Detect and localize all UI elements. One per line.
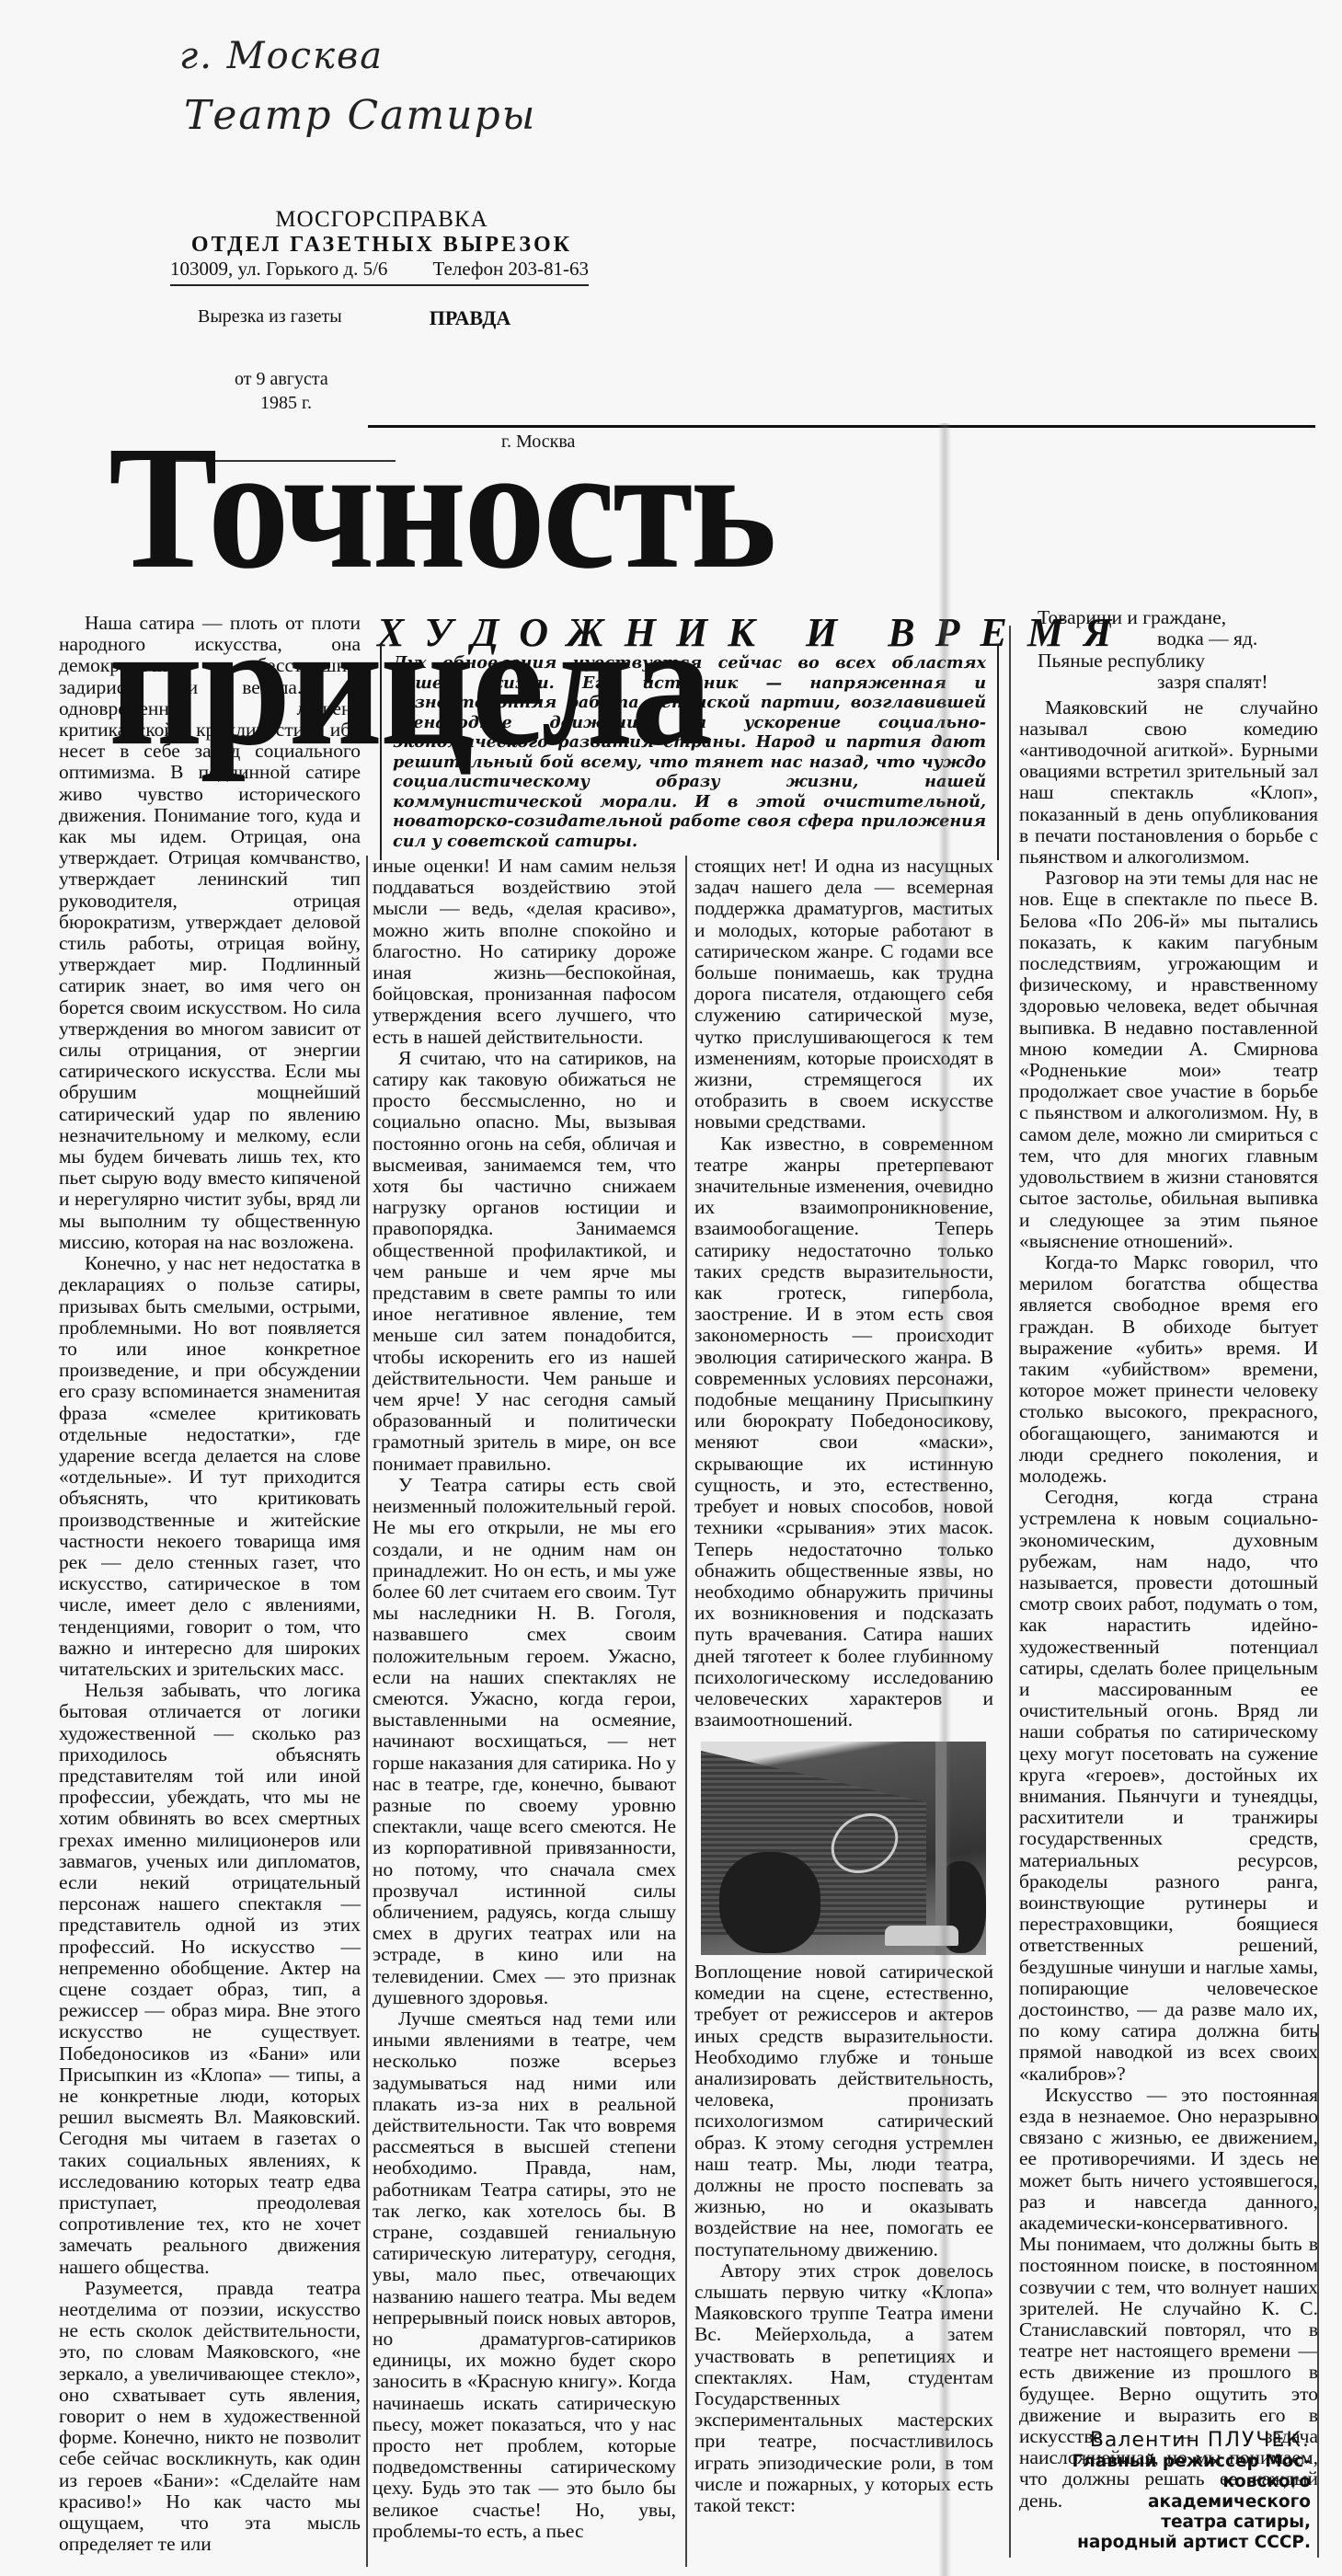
- stamp-address: 103009, ул. Горького д. 5/6: [170, 258, 387, 281]
- author-title: Главный режиссер Мос-: [1058, 2452, 1311, 2472]
- stamp-newspaper: ПРАВДА: [430, 306, 510, 330]
- author-first-name: Валентин: [1090, 2429, 1200, 2452]
- stamp-address-row: 103009, ул. Горького д. 5/6 Телефон 203-…: [170, 258, 589, 286]
- stamp-department: ОТДЕЛ ГАЗЕТНЫХ ВЫРЕЗОК: [170, 233, 593, 258]
- handwritten-city: г. Москва: [179, 35, 384, 77]
- article-column-4: Товарищи и граждане, водка — яд. Пьяные …: [1019, 607, 1318, 2512]
- paragraph: Разговор на эти темы для нас не нов. Еще…: [1019, 868, 1318, 1252]
- paragraph: Лучше смеяться над теми или иными явлени…: [373, 2008, 676, 2542]
- verse-line: Пьяные республику: [1019, 650, 1318, 672]
- poem-quote: Товарищи и граждане, водка — яд. Пьяные …: [1019, 607, 1318, 694]
- paragraph: Я считаю, что на сатириков, на сатиру ка…: [373, 1048, 676, 1475]
- paragraph: Наша сатира — плоть от плоти народного и…: [59, 613, 361, 1253]
- stamp-clip-label: Вырезка из газеты: [198, 306, 342, 330]
- verse-line: зазря спалят!: [1019, 672, 1318, 693]
- column-divider: [1009, 626, 1011, 2558]
- paragraph: Конечно, у нас нет недостатка в декларац…: [59, 1253, 361, 1680]
- author-last-name: ПЛУЧЕК.: [1208, 2429, 1311, 2452]
- article-column-1: Наша сатира — плоть от плоти народного и…: [59, 613, 361, 2555]
- column-divider: [366, 856, 368, 2567]
- paragraph: Разумеется, правда театра неотделима от …: [59, 2278, 361, 2556]
- stamp-organization: МОСГОРСПРАВКА: [170, 207, 593, 233]
- column-divider: [685, 856, 687, 2567]
- stamp-phone: Телефон 203-81-63: [433, 258, 590, 281]
- paragraph: иные оценки! И нам самим нельзя поддават…: [373, 856, 676, 1048]
- author-title: ковского академического: [1058, 2472, 1311, 2513]
- paragraph: Нельзя забывать, что логика бытовая отли…: [59, 1680, 361, 2278]
- paragraph: Маяковский не случайно называл свою коме…: [1019, 697, 1318, 868]
- stamp-date-day: от 9 августа: [235, 367, 593, 391]
- photo-tree: [719, 1852, 820, 1953]
- handwritten-theatre: Театр Сатиры: [184, 92, 536, 139]
- article-lead: Дух обновления чувствуется сейчас во все…: [380, 644, 999, 860]
- right-border-rule: [1317, 2024, 1319, 2558]
- author-name: Валентин ПЛУЧЕК.: [1058, 2429, 1311, 2452]
- stamp-source-row: Вырезка из газеты ПРАВДА: [198, 306, 593, 330]
- author-signature: Валентин ПЛУЧЕК. Главный режиссер Мос- к…: [1058, 2429, 1311, 2553]
- stamp-date: от 9 августа 1985 г.: [235, 367, 593, 415]
- article-column-2: иные оценки! И нам самим нельзя поддават…: [373, 856, 676, 2542]
- paragraph: У Театра сатиры есть свой неизменный пол…: [373, 1475, 676, 2008]
- clipping-stamp: МОСГОРСПРАВКА ОТДЕЛ ГАЗЕТНЫХ ВЫРЕЗОК 103…: [170, 207, 593, 415]
- verse-line: водка — яд.: [1019, 628, 1318, 650]
- verse-line: Товарищи и граждане,: [1019, 607, 1318, 628]
- author-title: народный артист СССР.: [1058, 2533, 1311, 2553]
- scan-fold-streak: [938, 423, 951, 2576]
- paragraph: Сегодня, когда страна устремлена к новым…: [1019, 1487, 1318, 2085]
- author-title: театра сатиры,: [1058, 2513, 1311, 2533]
- paragraph: Когда-то Маркс говорил, что мерилом бога…: [1019, 1252, 1318, 1487]
